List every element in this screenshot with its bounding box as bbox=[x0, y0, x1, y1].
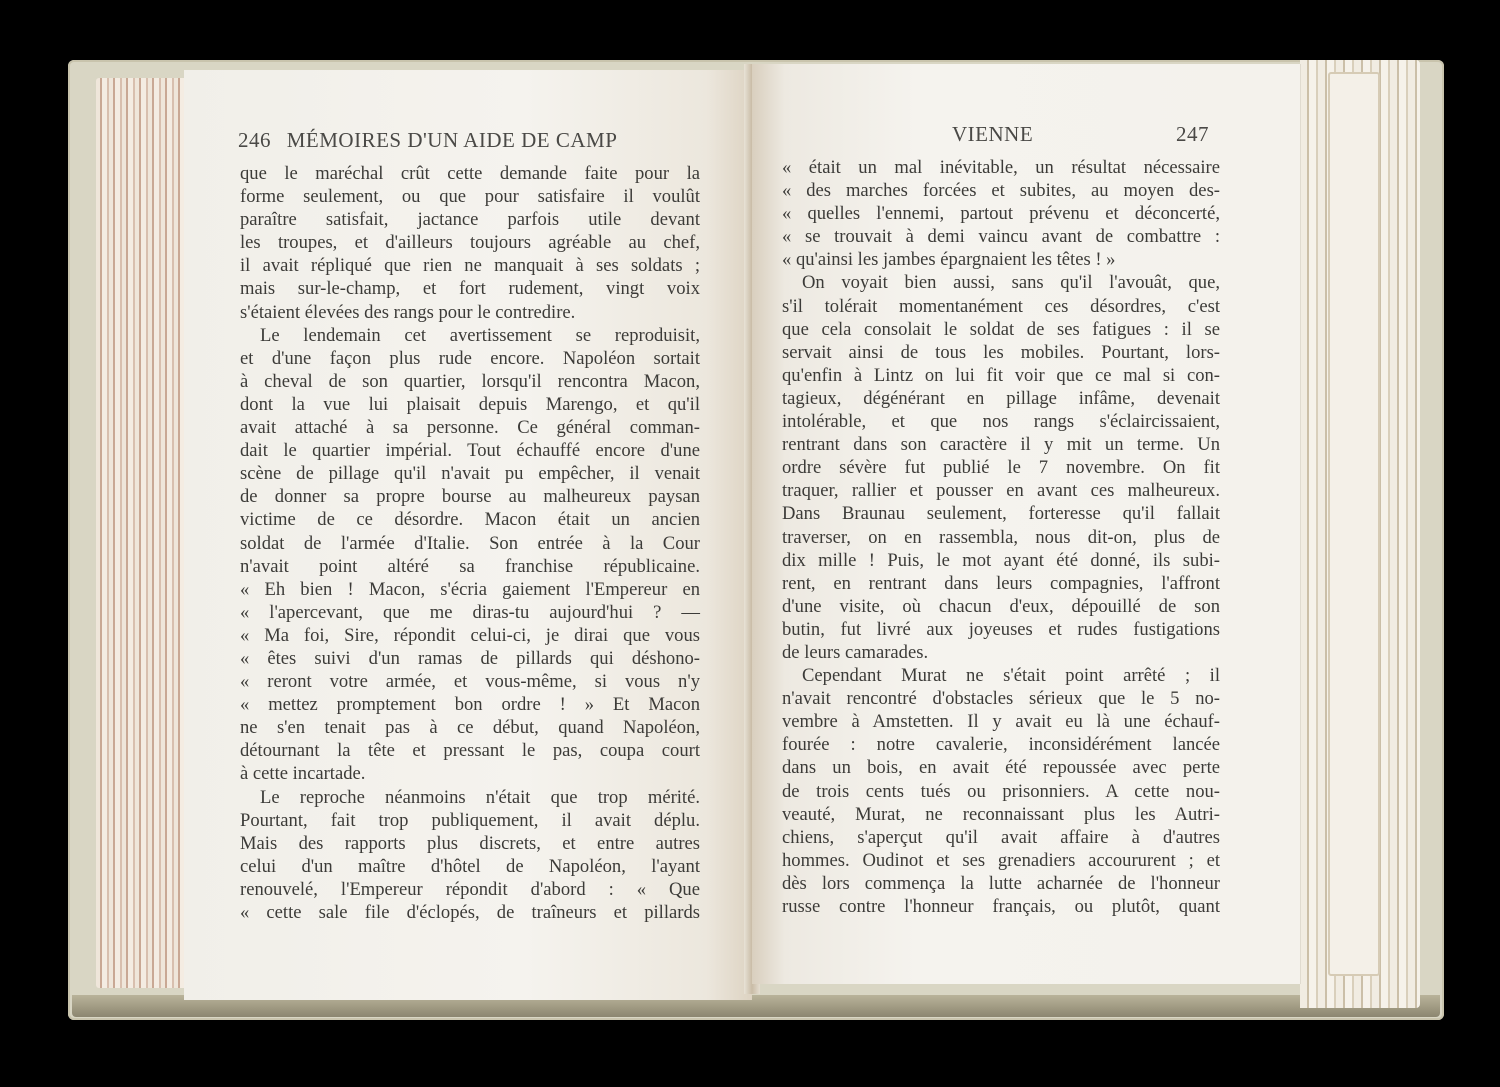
text-line: rent, en rentrant dans leurs compagnies,… bbox=[782, 572, 1220, 595]
text-line: ne s'en tenait pas à ce début, quand Nap… bbox=[240, 716, 700, 739]
text-line: servait ainsi de tous les mobiles. Pourt… bbox=[782, 341, 1220, 364]
text-line: On voyait bien aussi, sans qu'il l'avouâ… bbox=[782, 271, 1220, 294]
text-line: dix mille ! Puis, le mot ayant été donné… bbox=[782, 549, 1220, 572]
text-line: « l'apercevant, que me diras-tu aujourd'… bbox=[240, 601, 700, 624]
text-line: fourée : notre cavalerie, inconsidérémen… bbox=[782, 733, 1220, 756]
left-page: 246 MÉMOIRES D'UN AIDE DE CAMP que le ma… bbox=[184, 70, 752, 1000]
text-line: « quelles l'ennemi, partout prévenu et d… bbox=[782, 202, 1220, 225]
text-line: victime de ce désordre. Macon était un a… bbox=[240, 508, 700, 531]
text-line: avait attaché à sa personne. Ce général … bbox=[240, 416, 700, 439]
text-line: d'une visite, où chacun d'eux, dépouillé… bbox=[782, 595, 1220, 618]
text-line: s'il tolérait momentanément ces désordre… bbox=[782, 295, 1220, 318]
text-line: mais sur-le-champ, et fort rudement, vin… bbox=[240, 277, 700, 300]
text-line: il avait répliqué que rien ne manquait à… bbox=[240, 254, 700, 277]
text-line: hommes. Oudinot et ses grenadiers accour… bbox=[782, 849, 1220, 872]
text-line: à cette incartade. bbox=[240, 762, 700, 785]
text-line: de trois cents tués ou prisonniers. A ce… bbox=[782, 780, 1220, 803]
text-line: « mettez promptement bon ordre ! » Et Ma… bbox=[240, 693, 700, 716]
text-line: détournant la tête et pressant le pas, c… bbox=[240, 739, 700, 762]
text-line: de leurs camarades. bbox=[782, 641, 1220, 664]
text-line: Le lendemain cet avertissement se reprod… bbox=[240, 324, 700, 347]
right-page-stack-inner bbox=[1328, 72, 1380, 976]
text-line: s'étaient élevées des rangs pour le cont… bbox=[240, 301, 700, 324]
text-line: « Ma foi, Sire, répondit celui-ci, je di… bbox=[240, 624, 700, 647]
text-line: et d'une façon plus rude encore. Napoléo… bbox=[240, 347, 700, 370]
text-line: « qu'ainsi les jambes épargnaient les tê… bbox=[782, 248, 1220, 271]
open-book: 246 MÉMOIRES D'UN AIDE DE CAMP que le ma… bbox=[0, 0, 1500, 1087]
text-line: vembre à Amstetten. Il y avait eu là une… bbox=[782, 710, 1220, 733]
text-line: Mais des rapports plus discrets, et entr… bbox=[240, 832, 700, 855]
text-line: traverser, on en rassembla, nous dit-on,… bbox=[782, 526, 1220, 549]
text-line: n'avait rencontré d'obstacles sérieux qu… bbox=[782, 687, 1220, 710]
text-line: Dans Braunau seulement, forteresse qu'il… bbox=[782, 502, 1220, 525]
text-line: « était un mal inévitable, un résultat n… bbox=[782, 156, 1220, 179]
left-header-title: MÉMOIRES D'UN AIDE DE CAMP bbox=[287, 128, 618, 152]
text-line: rentrant dans son caractère il y mit un … bbox=[782, 433, 1220, 456]
text-line: russe contre l'honneur français, ou plut… bbox=[782, 895, 1220, 918]
right-page-body-text: « était un mal inévitable, un résultat n… bbox=[782, 156, 1220, 918]
text-line: scène de pillage qu'il n'avait pu empêch… bbox=[240, 462, 700, 485]
text-line: n'avait point altéré sa franchise républ… bbox=[240, 555, 700, 578]
text-line: ordre sévère fut publié le 7 novembre. O… bbox=[782, 456, 1220, 479]
text-line: dans un bois, en avait été repoussée ave… bbox=[782, 756, 1220, 779]
text-line: de donner sa propre bourse au malheureux… bbox=[240, 485, 700, 508]
left-page-body-text: que le maréchal crût cette demande faite… bbox=[240, 162, 700, 924]
text-line: « reront votre armée, et vous-même, si v… bbox=[240, 670, 700, 693]
text-line: tagieux, dégénérant en pillage infâme, d… bbox=[782, 387, 1220, 410]
text-line: « se trouvait à demi vaincu avant de com… bbox=[782, 225, 1220, 248]
text-line: Pourtant, fait trop publiquement, il ava… bbox=[240, 809, 700, 832]
text-line: « des marches forcées et subites, au moy… bbox=[782, 179, 1220, 202]
right-page: VIENNE 247 « était un mal inévitable, un… bbox=[752, 64, 1301, 984]
text-line: qu'enfin à Lintz on lui fit voir que ce … bbox=[782, 364, 1220, 387]
left-page-stack-edge bbox=[96, 78, 188, 988]
text-line: chiens, s'aperçut qu'il avait affaire à … bbox=[782, 826, 1220, 849]
text-line: Le reproche néanmoins n'était que trop m… bbox=[240, 786, 700, 809]
text-line: que cela consolait le soldat de ses fati… bbox=[782, 318, 1220, 341]
page-number-left: 246 bbox=[238, 128, 271, 152]
text-line: renouvelé, l'Empereur répondit d'abord :… bbox=[240, 878, 700, 901]
text-line: les troupes, et d'ailleurs toujours agré… bbox=[240, 231, 700, 254]
text-line: soldat de l'armée d'Italie. Son entrée à… bbox=[240, 532, 700, 555]
text-line: « êtes suivi d'un ramas de pillards qui … bbox=[240, 647, 700, 670]
text-line: que le maréchal crût cette demande faite… bbox=[240, 162, 700, 185]
text-line: dont la vue lui plaisait depuis Marengo,… bbox=[240, 393, 700, 416]
text-line: forme seulement, ou que pour satisfaire … bbox=[240, 185, 700, 208]
text-line: « cette sale file d'éclopés, de traîneur… bbox=[240, 901, 700, 924]
text-line: veauté, Murat, ne reconnaissant plus les… bbox=[782, 803, 1220, 826]
left-running-head: 246 MÉMOIRES D'UN AIDE DE CAMP bbox=[238, 128, 617, 153]
text-line: traquer, rallier et pousser en avant ces… bbox=[782, 479, 1220, 502]
text-line: à cheval de son quartier, lorsqu'il renc… bbox=[240, 370, 700, 393]
text-line: « Eh bien ! Macon, s'écria gaiement l'Em… bbox=[240, 578, 700, 601]
text-line: celui d'un maître d'hôtel de Napoléon, l… bbox=[240, 855, 700, 878]
text-line: Cependant Murat ne s'était point arrêté … bbox=[782, 664, 1220, 687]
text-line: intolérable, et que nos rangs s'éclairci… bbox=[782, 410, 1220, 433]
page-number-right: 247 bbox=[1176, 122, 1209, 147]
text-line: butin, fut livré aux joyeuses et rudes f… bbox=[782, 618, 1220, 641]
right-header-title: VIENNE bbox=[952, 122, 1033, 147]
text-line: paraître satisfait, jactance parfois uti… bbox=[240, 208, 700, 231]
text-line: dait le quartier impérial. Tout échauffé… bbox=[240, 439, 700, 462]
text-line: dès lors commença la lutte acharnée de l… bbox=[782, 872, 1220, 895]
